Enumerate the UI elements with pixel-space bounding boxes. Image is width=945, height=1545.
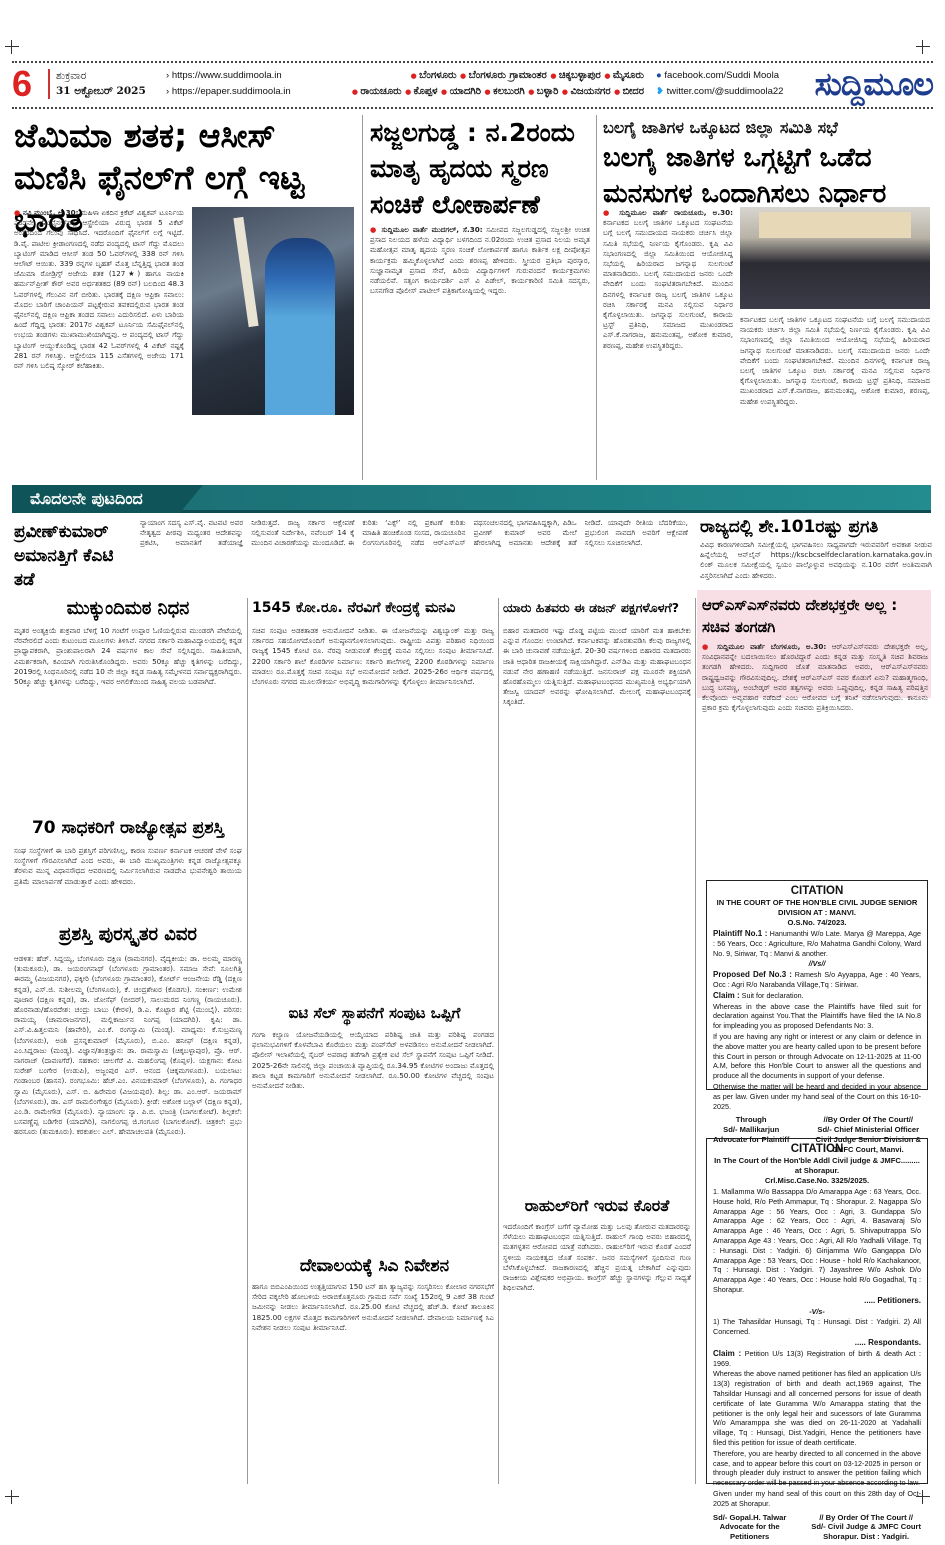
citation-paragraph: Whereas in the above case the Plaintiffs… bbox=[713, 1002, 921, 1031]
masthead-bottom-rule bbox=[12, 107, 933, 109]
city-item: ಬೆಂಗಳೂರು bbox=[411, 70, 457, 81]
citation-paragraph: Given under my hand seal of this court o… bbox=[713, 1489, 921, 1509]
citation-paragraph: Otherwise the matter will be heard and d… bbox=[713, 1082, 921, 1111]
sajjalagudda-article: ಸುದ್ದಿಮೂಲ ವಾರ್ತೆ ಮುದಗಲ್, ಸೆ.30: ಸಮೀಪದ ಸಜ… bbox=[370, 225, 590, 477]
claim-label: Claim : bbox=[713, 1349, 741, 1358]
claim-text: Petition U/s 13(3) Registration of birth… bbox=[713, 1349, 921, 1368]
temple-article: ಹಾಗೂ ಬಿಬಿಎಂಪಿಯಿಂದ ಉತ್ಪತ್ತಿಯಾಗುವ 150 ಟನ್ … bbox=[252, 1282, 494, 1482]
mukkundimath-body: ಮೃತರ ಅಂತ್ಯಕ್ರಿಯೆ ಶುಕ್ರವಾರ ಬೆಳಿಗ್ಗೆ 10 ಗಂ… bbox=[14, 626, 242, 686]
signature-line: Through bbox=[713, 1115, 789, 1125]
signature-line: Sd/- Civil Judge & JMFC Court bbox=[811, 1522, 921, 1532]
signature-line: Advocate for the bbox=[713, 1522, 786, 1532]
column-divider bbox=[695, 598, 696, 1484]
twitter-link[interactable]: twitter.com/@suddimoola22 bbox=[667, 86, 784, 97]
cricket-bat-shape bbox=[233, 217, 258, 327]
mukkundimath-headline: ಮುಕ್ಕುಂದಿಮಠ ನಿಧನ bbox=[14, 598, 242, 619]
claim-label: Claim : bbox=[713, 991, 740, 1000]
city-item: ಕಲಬುರಗಿ bbox=[485, 86, 525, 97]
rahul-headline: ರಾಹುಲ್‌ರಿಗೆ ಇರುವ ಕೊರತೆ bbox=[503, 1196, 691, 1216]
city-item: ಯಾದಗಿರಿ bbox=[441, 86, 481, 97]
crore-headline: 1545 ಕೋ.ರೂ. ನೆರವಿಗೆ ಕೇಂದ್ರಕ್ಕೆ ಮನವಿ bbox=[252, 600, 497, 616]
versus-label: -V/s- bbox=[713, 1307, 921, 1317]
citation-title: CITATION bbox=[713, 885, 921, 898]
section-band-label: ಮೊದಲನೇ ಪುಟದಿಂದ bbox=[12, 485, 203, 513]
rajyotsava-headline: 70 ಸಾಧಕರಿಗೆ ರಾಜ್ಯೋತ್ಸವ ಪ್ರಶಸ್ತಿ bbox=[14, 818, 242, 838]
awardees-headline: ಪ್ರಶಸ್ತಿ ಪುರಸ್ಕೃತರ ವಿವರ bbox=[14, 924, 242, 945]
rss-dateline: ಸುದ್ದಿಮೂಲ ವಾರ್ತೆ ಬೆಂಗಳೂರು, ಅ.30: bbox=[702, 642, 826, 651]
masthead: 6 ಶುಕ್ರವಾರ 31 ಅಕ್ಟೋಬರ್ 2025 https://www.… bbox=[12, 63, 933, 105]
citation-case-no: Crl.Misc.Case.No. 3325/2025. bbox=[713, 1176, 921, 1186]
defendant-label: Proposed Def No.3 : bbox=[713, 970, 792, 979]
signature-line: Sd/- Gopal.H. Talwar bbox=[713, 1513, 786, 1523]
city-item: ಕೊಪ್ಪಳ bbox=[405, 86, 437, 97]
newspaper-logo: ಸುದ್ದಿಮೂಲ bbox=[815, 64, 933, 104]
praveen-body: ನ್ಯಾಯಾಂಗ ಸದಸ್ಯ ಎಸ್.ವೈ. ವಟವಟಿ ಅವರ ನೇತೃತ್ವ… bbox=[140, 518, 688, 547]
balagai-body: ಕರ್ನಾಟಕದ ಬಲಗೈ ಜಾತಿಗಳ ಒಕ್ಕೂಟದ ಸಂಘಟನೆಯ ಬಗ್… bbox=[603, 218, 733, 349]
column-divider bbox=[498, 598, 499, 1484]
awardees-body: ಆಡಳಿತ: ಹೆಚ್. ಸಿದ್ದಯ್ಯ, ಬೆಂಗಳೂರು ದಕ್ಷಿಣ (… bbox=[14, 954, 242, 1136]
sajjalagudda-headline: ಸಜ್ಜಲಗುಡ್ಡ : ನ.2ರಂದು ಮಾತೃ ಹೃದಯ ಸ್ಮರಣ ಸಂಚ… bbox=[370, 115, 590, 223]
facebook-link[interactable]: facebook.com/Suddi Moola bbox=[664, 70, 779, 81]
day-label: ಶುಕ್ರವಾರ bbox=[56, 69, 158, 84]
cricket-player-photo bbox=[192, 207, 354, 415]
city-item: ಬೀದರ bbox=[614, 86, 644, 97]
rahul-article: ಇದರೊಂದಿಗೆ ಕಾಂಗ್ರೆಸ್ ಬಗೆಗೆ ವ್ಯಾಮೋಹ ಮತ್ತು … bbox=[503, 1222, 691, 1482]
dozen-article: ಬಿಹಾರ ಮತದಾರರ ಇಷ್ಟು ದೊಡ್ಡ ಪಟ್ಟಿಯ ಮುಂದೆ ಯಾ… bbox=[503, 626, 691, 1194]
itcell-article: ಗಂಗಾ ಕಲ್ಯಾಣ ಯೋಜನೆಯಡಿಯಲ್ಲಿ ಆಯ್ಕೆಯಾದ ಪರಿಶಿ… bbox=[252, 1030, 494, 1248]
city-editions: ಬೆಂಗಳೂರು ಬೆಂಗಳೂರು ಗ್ರಾಮಾಂತರ ಚಿಕ್ಕಬಳ್ಳಾಪು… bbox=[324, 68, 644, 100]
plaintiff-label: Plaintiff No.1 : bbox=[713, 929, 767, 938]
city-item: ವಿಜಯನಗರ bbox=[562, 86, 611, 97]
respondents-list: 1) The Tahasildar Hunsagi, Tq : Hunsagi.… bbox=[713, 1317, 921, 1337]
citation-paragraph: Therefore, you are hearby directed to al… bbox=[713, 1449, 921, 1488]
citation-paragraph: If you are having any right or interest … bbox=[713, 1032, 921, 1081]
balagai-article: ಸುದ್ದಿಮೂಲ ವಾರ್ತೆ ರಾಯಚೂರು, ಅ.30: ಕರ್ನಾಟಕದ… bbox=[603, 208, 733, 478]
cricket-player-shape bbox=[265, 238, 335, 415]
awardees-list: ಆಡಳಿತ: ಹೆಚ್. ಸಿದ್ದಯ್ಯ, ಬೆಂಗಳೂರು ದಕ್ಷಿಣ (… bbox=[14, 954, 242, 1484]
signature-line: Sd/- Mallikarjun bbox=[713, 1125, 789, 1135]
legal-citation-shorapur: CITATION In The Court of the Hon'ble Add… bbox=[706, 1138, 928, 1484]
versus-label: //Vs// bbox=[713, 959, 921, 969]
petitioners-label: ..... Petitioners. bbox=[713, 1296, 921, 1306]
group-meeting-photo bbox=[740, 207, 930, 309]
signature-line: Shorapur. Dist : Yadgiri. bbox=[811, 1532, 921, 1542]
city-item: ಬಳ್ಳಾರಿ bbox=[528, 86, 558, 97]
dozen-body: ಬಿಹಾರ ಮತದಾರರ ಇಷ್ಟು ದೊಡ್ಡ ಪಟ್ಟಿಯ ಮುಂದೆ ಯಾ… bbox=[503, 626, 691, 706]
social-links: ● facebook.com/Suddi Moola ❥ twitter.com… bbox=[656, 68, 786, 100]
balagai-headline: ಬಲಗೈ ಜಾತಿಗಳ ಒಗ್ಗಟ್ಟಿಗೆ ಒಡೆದ ಮನಸುಗಳ ಒಂದಾಗ… bbox=[603, 140, 933, 212]
pragati-headline: ರಾಜ್ಯದಲ್ಲಿ ಶೇ.101ರಷ್ಟು ಪ್ರಗತಿ bbox=[700, 516, 932, 538]
rss-body: ಆರ್‌ಎಸ್‌ಎಸ್‌ನವರು ದೇಶಭಕ್ತರೇ ಅಲ್ಲ, ಸಂವಿಧಾನ… bbox=[702, 642, 928, 712]
city-item: ಬೆಂಗಳೂರು ಗ್ರಾಮಾಂತರ bbox=[460, 70, 547, 81]
praveen-headline: ಪ್ರವೀಣ್‌ಕುಮಾರ್ ಅಮಾನತ್ತಿಗೆ ಕೆಎಟಿ ತಡೆ bbox=[14, 520, 134, 592]
column-divider bbox=[596, 115, 597, 480]
page-number: 6 bbox=[12, 66, 42, 102]
issue-date: ಶುಕ್ರವಾರ 31 ಅಕ್ಟೋಬರ್ 2025 bbox=[48, 69, 158, 99]
citation-paragraph: Whereas the above named petitioner has f… bbox=[713, 1369, 921, 1447]
crore-body: ಸಚಿವ ಸಂಪುಟ ಅಡಕತಾಡಕ ಅನುಮೋದನೆ ನೀಡಿತು. ಈ ಯೋ… bbox=[252, 626, 494, 686]
crop-mark-bottom-left bbox=[5, 1490, 19, 1504]
pragati-article: ವಿವಿಧ ಕಾರಣಗಳಿಂದಾಗಿ ಸಮೀಕ್ಷೆಯಲ್ಲಿ ಭಾಗವಹಿಸಲ… bbox=[700, 540, 932, 582]
citation-title: CITATION bbox=[713, 1143, 921, 1156]
balagai-article-cont: ಕರ್ನಾಟಕದ ಬಲಗೈ ಜಾತಿಗಳ ಒಕ್ಕೂಟದ ಸಂಘಟನೆಯ ಬಗ್… bbox=[740, 315, 930, 478]
balagai-kicker: ಬಲಗೈ ಜಾತಿಗಳ ಒಕ್ಕೂಟದ ಜಿಲ್ಲಾ ಸಮಿತಿ ಸಭೆ bbox=[603, 118, 933, 138]
pragati-body: ವಿವಿಧ ಕಾರಣಗಳಿಂದಾಗಿ ಸಮೀಕ್ಷೆಯಲ್ಲಿ ಭಾಗವಹಿಸಲ… bbox=[700, 540, 932, 580]
praveen-article: ನ್ಯಾಯಾಂಗ ಸದಸ್ಯ ಎಸ್.ವೈ. ವಟವಟಿ ಅವರ ನೇತೃತ್ವ… bbox=[140, 518, 688, 578]
claim-text: Suit for declaration. bbox=[742, 991, 804, 1000]
crore-article: ಸಚಿವ ಸಂಪುಟ ಅಡಕತಾಡಕ ಅನುಮೋದನೆ ನೀಡಿತು. ಈ ಯೋ… bbox=[252, 626, 494, 998]
citation-case-no: O.S.No. 74/2023. bbox=[713, 918, 921, 928]
legal-citation-manvi: CITATION IN THE COURT OF THE HON'BLE CIV… bbox=[706, 880, 928, 1090]
balagai-body-cont: ಕರ್ನಾಟಕದ ಬಲಗೈ ಜಾತಿಗಳ ಒಕ್ಕೂಟದ ಸಂಘಟನೆಯ ಬಗ್… bbox=[740, 315, 930, 406]
city-item: ಚಿಕ್ಕಬಳ್ಳಾಪುರ bbox=[550, 70, 601, 81]
rahul-body: ಇದರೊಂದಿಗೆ ಕಾಂಗ್ರೆಸ್ ಬಗೆಗೆ ವ್ಯಾಮೋಹ ಮತ್ತು … bbox=[503, 1222, 691, 1292]
mukkundimath-article: ಮೃತರ ಅಂತ್ಯಕ್ರಿಯೆ ಶುಕ್ರವಾರ ಬೆಳಿಗ್ಗೆ 10 ಗಂ… bbox=[14, 626, 242, 778]
signature-line: Petitioners bbox=[713, 1532, 786, 1542]
signature-line: //By Order Of The Court// bbox=[816, 1115, 922, 1125]
crop-mark-top-right bbox=[916, 40, 930, 54]
signature-line: Sd/- Chief Ministerial Officer bbox=[816, 1125, 922, 1135]
city-item: ಮೈಸೂರು bbox=[604, 70, 644, 81]
column-divider bbox=[362, 115, 363, 480]
twitter-icon: ❥ bbox=[656, 86, 664, 97]
itcell-body: ಗಂಗಾ ಕಲ್ಯಾಣ ಯೋಜನೆಯಡಿಯಲ್ಲಿ ಆಯ್ಕೆಯಾದ ಪರಿಶಿ… bbox=[252, 1030, 494, 1090]
rajyotsava-article: ಸಂಘ ಸಂಸ್ಥೆಗಳಿಗೆ ಈ ಬಾರಿ ಪ್ರಶಸ್ತಿಗೆ ಪರಿಗಣಿ… bbox=[14, 846, 242, 916]
balagai-dateline: ಸುದ್ದಿಮೂಲ ವಾರ್ತೆ ರಾಯಚೂರು, ಅ.30: bbox=[603, 208, 733, 217]
temple-headline: ದೇವಾಲಯಕ್ಕೆ ಸಿಎ ನಿವೇಶನ bbox=[252, 1256, 497, 1276]
site-links: https://www.suddimoola.in https://epaper… bbox=[166, 68, 316, 100]
rajyotsava-body: ಸಂಘ ಸಂಸ್ಥೆಗಳಿಗೆ ಈ ಬಾರಿ ಪ್ರಶಸ್ತಿಗೆ ಪರಿಗಣಿ… bbox=[14, 846, 242, 886]
dozen-headline: ಯಾರು ಹಿತವರು ಈ ಡಜನ್ ಪಕ್ಷಗಳೊಳಗೆ? bbox=[503, 600, 693, 616]
sajjalagudda-body: ಸಮೀಪದ ಸಜ್ಜಲಗುಡ್ಡದಲ್ಲಿ ಸಜ್ಜಲಶ್ರೀ ಉಚಿತ ಪ್ರ… bbox=[370, 225, 590, 295]
city-item: ರಾಯಚೂರು bbox=[352, 86, 402, 97]
rss-headline: ಆರ್‌ಎಸ್‌ಎಸ್‌ನವರು ದೇಶಭಕ್ತರೇ ಅಲ್ಲ : ಸಚಿವ ತ… bbox=[702, 594, 928, 638]
facebook-icon: ● bbox=[656, 70, 662, 81]
respondents-label: ..... Respondants. bbox=[713, 1338, 921, 1348]
petitioners-list: 1. Mallamma W/o Bassappa D/o Amarappa Ag… bbox=[713, 1187, 921, 1295]
cricket-article: ನವಿ ಮುಂಬೈ, ಅ.30: ಮಹಿಳಾ ಏಕದಿನ ಕ್ರಿಕೆಟ್ ವಿ… bbox=[14, 208, 184, 478]
column-divider bbox=[247, 598, 248, 1484]
cricket-dateline: ನವಿ ಮುಂಬೈ, ಅ.30: bbox=[14, 208, 79, 217]
crop-mark-top-left bbox=[5, 40, 19, 54]
signature-line: // By Order Of The Court // bbox=[811, 1513, 921, 1523]
date-label: 31 ಅಕ್ಟೋಬರ್ 2025 bbox=[56, 84, 158, 99]
itcell-headline: ಐಟಿ ಸೆಲ್ ಸ್ಥಾಪನೆಗೆ ಸಂಪುಟ ಒಪ್ಪಿಗೆ bbox=[252, 1004, 497, 1022]
cricket-body: ಮಹಿಳಾ ಏಕದಿನ ಕ್ರಿಕೆಟ್ ವಿಶ್ವಕಪ್ ಟೂರ್ನಿಯ ಎರ… bbox=[14, 208, 184, 370]
epaper-link[interactable]: https://epaper.suddimoola.in bbox=[166, 86, 291, 97]
temple-body: ಹಾಗೂ ಬಿಬಿಎಂಪಿಯಿಂದ ಉತ್ಪತ್ತಿಯಾಗುವ 150 ಟನ್ … bbox=[252, 1282, 494, 1332]
meeting-banner-shape bbox=[759, 212, 911, 238]
citation-signatures: Sd/- Gopal.H. Talwar Advocate for the Pe… bbox=[713, 1513, 921, 1542]
rss-article: ಸುದ್ದಿಮೂಲ ವಾರ್ತೆ ಬೆಂಗಳೂರು, ಅ.30: ಆರ್‌ಎಸ್… bbox=[702, 642, 928, 872]
citation-court: IN THE COURT OF THE HON'BLE CIVIL JUDGE … bbox=[713, 898, 921, 918]
sajjalagudda-dateline: ಸುದ್ದಿಮೂಲ ವಾರ್ತೆ ಮುದಗಲ್, ಸೆ.30: bbox=[370, 225, 483, 234]
citation-court: In The Court of the Hon'ble Addl Civil j… bbox=[713, 1156, 921, 1176]
website-link[interactable]: https://www.suddimoola.in bbox=[166, 70, 282, 81]
